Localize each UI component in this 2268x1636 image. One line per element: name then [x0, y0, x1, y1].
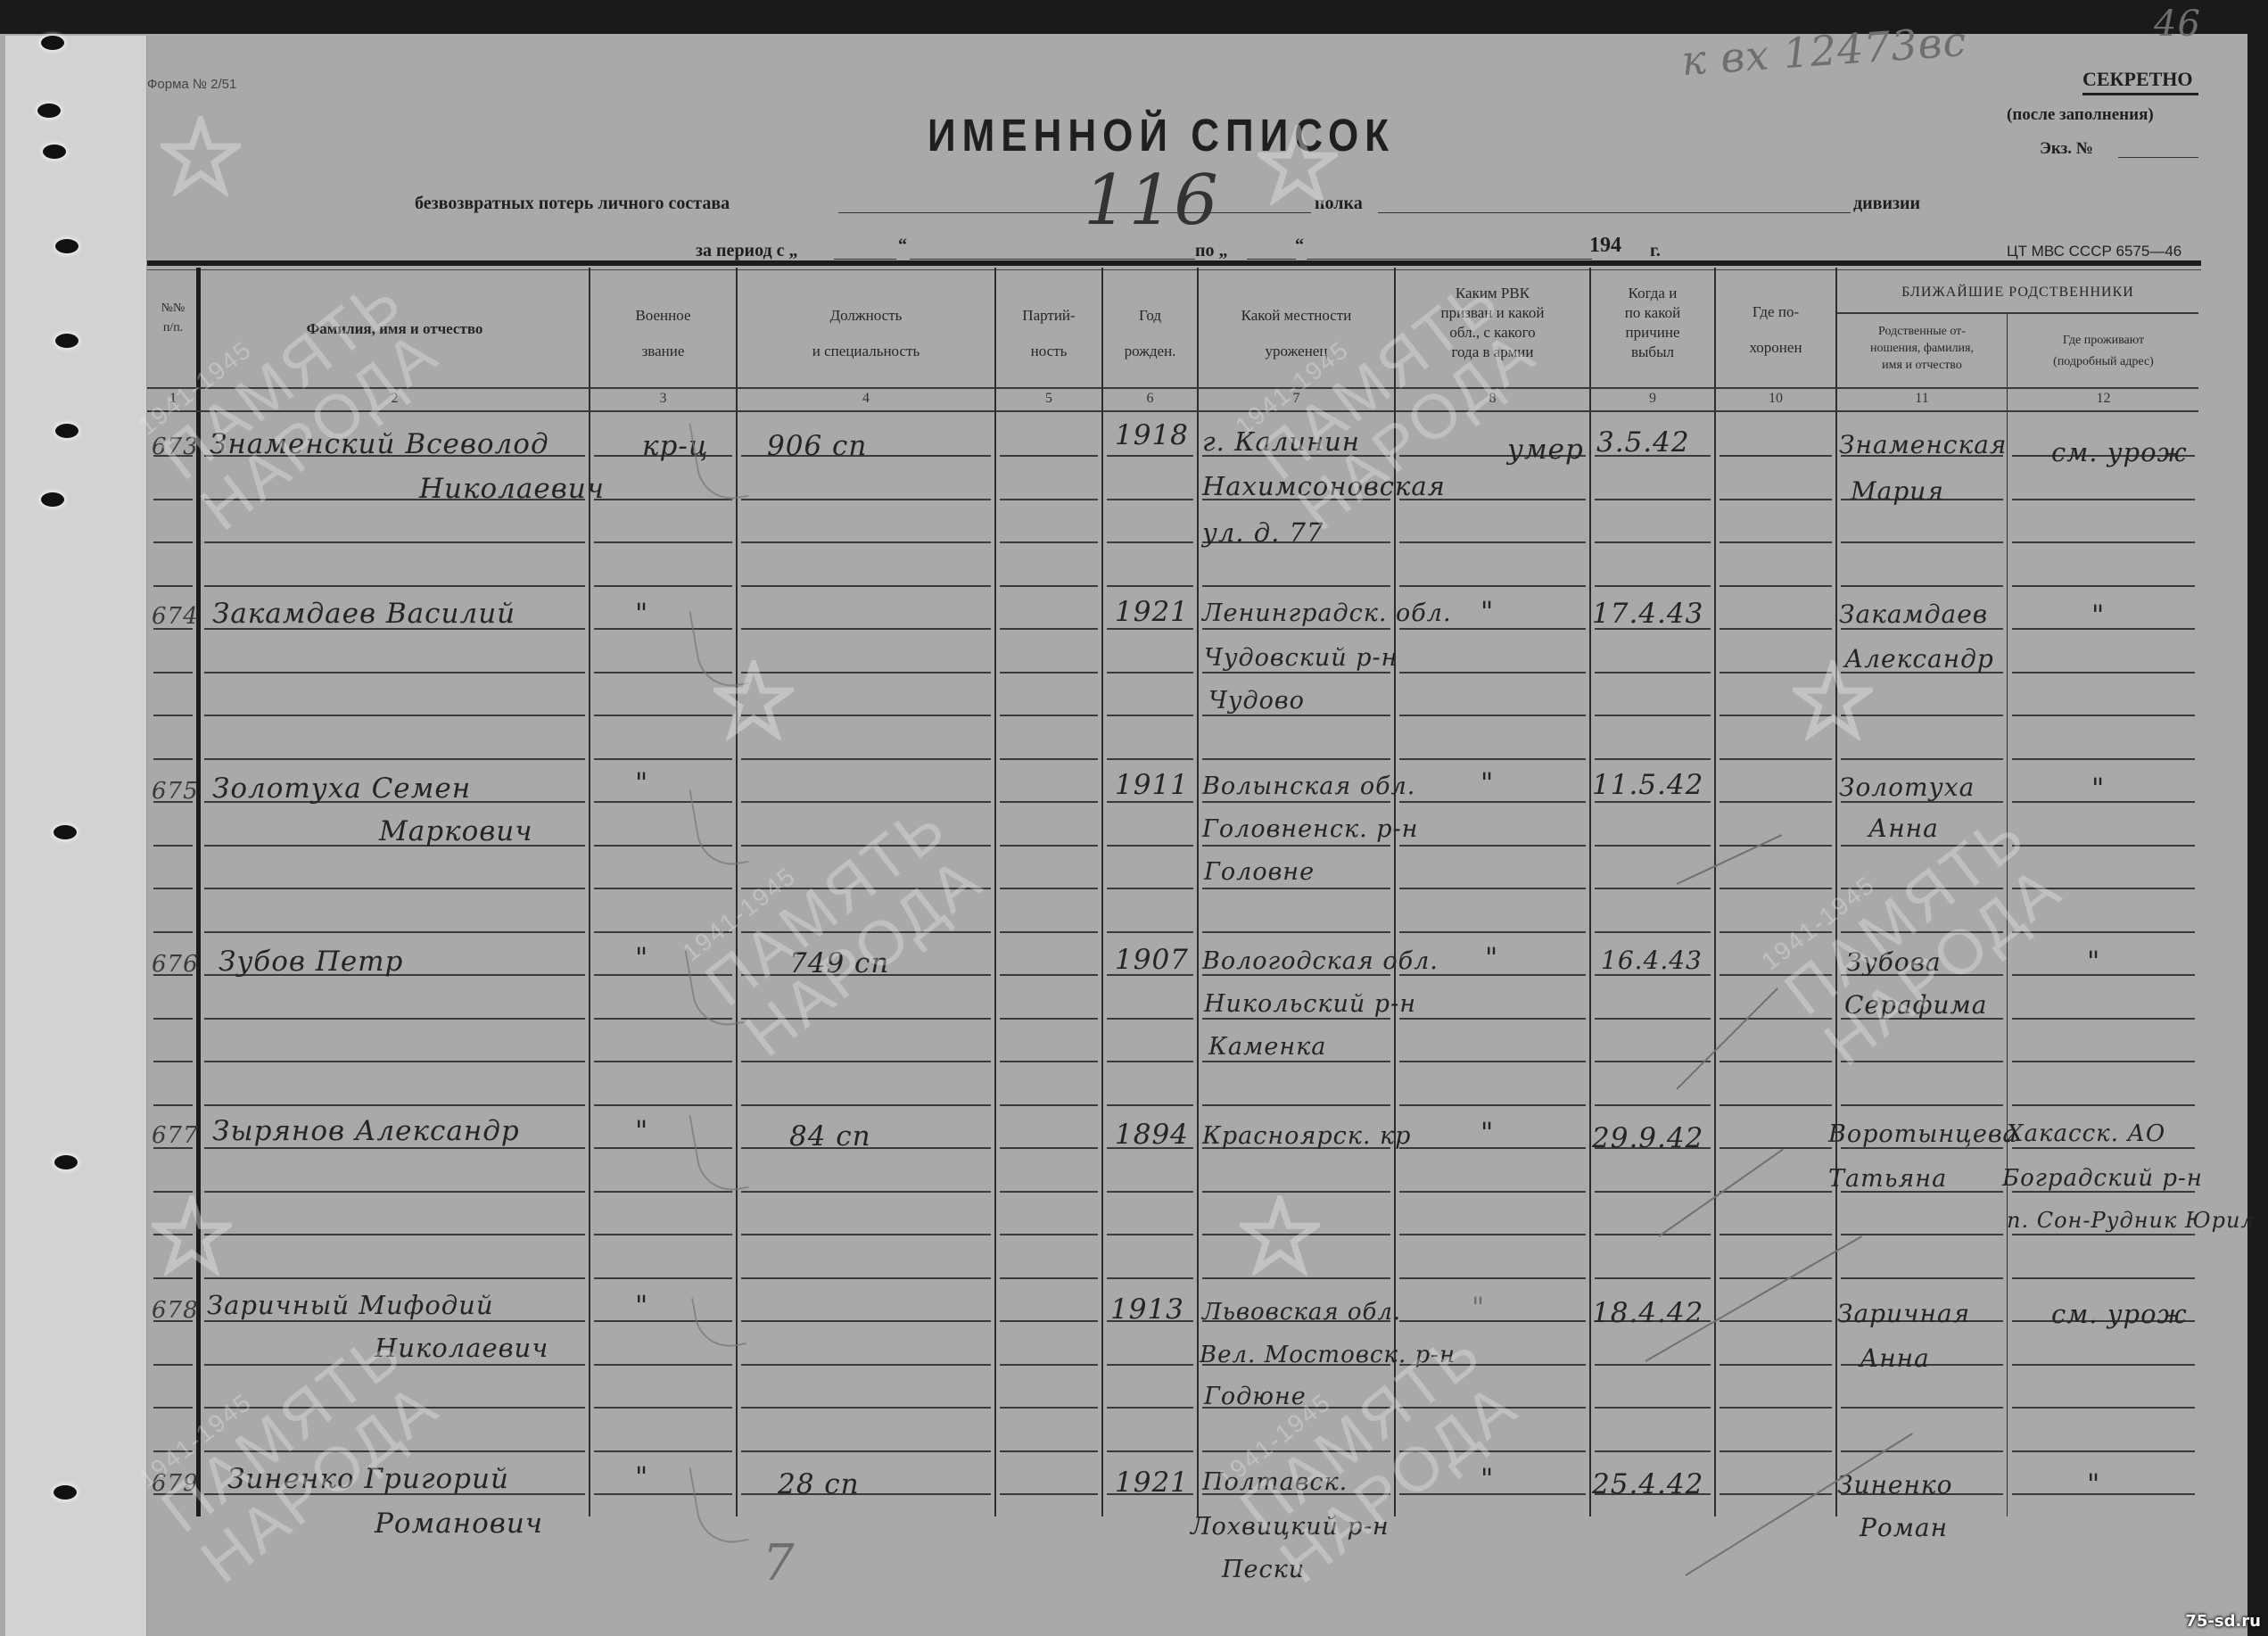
- rvk: ": [1480, 767, 1494, 799]
- rvk: ": [1472, 1292, 1485, 1324]
- ruled-line: [153, 672, 193, 673]
- birth-year: 1911: [1115, 769, 1189, 801]
- birthplace-3: Пески: [1222, 1556, 1305, 1583]
- birth-year: 1894: [1115, 1119, 1189, 1151]
- rank: ": [635, 598, 648, 630]
- ruled-line: [1595, 1191, 1711, 1193]
- ruled-line: [153, 499, 193, 500]
- ruled-line: [1107, 455, 1193, 457]
- ruled-line: [1595, 758, 1711, 760]
- ruled-line: [1720, 758, 1832, 760]
- ruled-line: [1202, 801, 1390, 803]
- ruled-line: [594, 1450, 732, 1452]
- ruled-line: [2012, 1493, 2195, 1495]
- ruled-line: [1202, 1234, 1390, 1235]
- ruled-line: [1841, 1450, 2003, 1452]
- ruled-line: [1720, 974, 1832, 976]
- ruled-line: [1000, 1234, 1098, 1235]
- regiment-underline: [838, 212, 1311, 213]
- header-col-11: Родственные от-ношения, фамилия,имя и от…: [1837, 323, 2007, 374]
- relative-1: Знаменская: [1839, 430, 2007, 459]
- page-title: ИМЕННОЙ СПИСОК: [928, 111, 1395, 162]
- rank: ": [635, 942, 648, 974]
- name-line-1: Зубов Петр: [219, 946, 403, 978]
- ruled-line: [1720, 845, 1832, 847]
- ruled-line: [153, 1018, 193, 1020]
- ruled-line: [1202, 1277, 1390, 1279]
- colnum-5: 5: [996, 391, 1101, 407]
- relative-2: Александр: [1844, 644, 1994, 673]
- relative-1: Заричная: [1837, 1299, 1970, 1328]
- ruled-line: [594, 499, 732, 500]
- name-line-2: Николаевич: [419, 473, 605, 505]
- ruled-line: [1595, 1364, 1711, 1366]
- address-3: п. Сон-Рудник Юрил: [2007, 1208, 2256, 1233]
- relatives-subheader-line: [1837, 312, 2198, 314]
- row-number: 677: [152, 1122, 199, 1149]
- ruled-line: [1720, 1234, 1832, 1235]
- ruled-line: [153, 1061, 193, 1062]
- ruled-line: [1107, 1061, 1193, 1062]
- ruled-line: [741, 541, 991, 543]
- ruled-line: [1107, 628, 1193, 630]
- ruled-line: [204, 1061, 585, 1062]
- ruled-line: [741, 715, 991, 716]
- ruled-line: [153, 1450, 193, 1452]
- ruled-line: [2012, 1364, 2195, 1366]
- left-when: 25.4.42: [1592, 1468, 1703, 1500]
- ruled-line: [1841, 931, 2003, 933]
- copy-number-underline: [2118, 157, 2198, 158]
- period-to-label: по „: [1195, 241, 1228, 261]
- ruled-line: [1841, 888, 2003, 889]
- left-when: 3.5.42: [1596, 426, 1690, 459]
- ruled-line: [1720, 1191, 1832, 1193]
- year-suffix: г.: [1650, 241, 1661, 261]
- ruled-line: [741, 1104, 991, 1106]
- header-col-10: Где по-хоронен: [1716, 294, 1835, 366]
- ruled-line: [1720, 1407, 1832, 1409]
- header-col-7: Какой местностиуроженец: [1199, 298, 1394, 369]
- ruled-line: [1595, 585, 1711, 587]
- header-col-4: Должностьи специальность: [738, 298, 994, 369]
- ruled-line: [1720, 1061, 1832, 1062]
- ruled-line: [153, 541, 193, 543]
- ruled-line: [1107, 715, 1193, 716]
- ruled-line: [1202, 1061, 1390, 1062]
- rvk: ": [1480, 1463, 1494, 1495]
- ruled-line: [594, 1277, 732, 1279]
- header-col-1: №№п/п.: [150, 299, 196, 338]
- ruled-line: [741, 1450, 991, 1452]
- year-label: 194: [1589, 234, 1621, 258]
- address-1: см. урож: [2051, 1299, 2188, 1329]
- ruled-line: [1720, 801, 1832, 803]
- address-1: Хакасск. АО: [2007, 1120, 2165, 1147]
- ruled-line: [1720, 1450, 1832, 1452]
- left-when: 11.5.42: [1592, 769, 1703, 801]
- col-border: [1835, 268, 1837, 1516]
- ruled-line: [594, 758, 732, 760]
- col-border: [994, 268, 996, 1516]
- birthplace-3: ул. д. 77: [1202, 517, 1324, 548]
- row-number: 674: [152, 603, 199, 630]
- ruled-line: [1107, 1234, 1193, 1235]
- ruled-line: [1399, 672, 1586, 673]
- header-col-12: Где проживают(подробный адрес): [2008, 330, 2198, 373]
- ruled-line: [1399, 541, 1586, 543]
- punch-hole: [55, 334, 78, 348]
- ruled-line: [1841, 585, 2003, 587]
- ruled-line: [153, 1277, 193, 1279]
- ruled-line: [1107, 758, 1193, 760]
- birth-year: 1918: [1115, 419, 1189, 451]
- period-from-label: за период с „: [696, 241, 798, 261]
- ruled-line: [741, 499, 991, 500]
- relative-1: Закамдаев: [1839, 599, 1988, 629]
- ruled-line: [1107, 845, 1193, 847]
- colnum-9: 9: [1591, 391, 1714, 407]
- name-line-2: Николаевич: [375, 1333, 548, 1363]
- ruled-line: [1000, 1104, 1098, 1106]
- address-1: ": [2087, 946, 2100, 978]
- ruled-line: [2012, 1234, 2195, 1235]
- relative-1: Золотуха: [1839, 773, 1975, 802]
- birthplace-1: Полтавск.: [1202, 1468, 1348, 1496]
- ruled-line: [741, 1018, 991, 1020]
- period-month-underline: [910, 259, 1195, 260]
- col-border: [1394, 268, 1396, 1516]
- ruled-line: [1000, 715, 1098, 716]
- ruled-line: [2012, 1104, 2195, 1106]
- ruled-line: [2012, 1018, 2195, 1020]
- ruled-line: [1399, 845, 1586, 847]
- ruled-line: [1720, 1104, 1832, 1106]
- colnum-12: 12: [2008, 391, 2198, 407]
- ruled-line: [741, 1191, 991, 1193]
- birthplace-2: Головненск. р-н: [1202, 815, 1418, 843]
- ruled-line: [204, 1191, 585, 1193]
- ruled-line: [741, 845, 991, 847]
- col-border: [2007, 312, 2008, 1516]
- ruled-line: [2012, 888, 2195, 889]
- name-line-1: Зиненко Григорий: [227, 1463, 509, 1495]
- header-col-5: Партий-ность: [996, 298, 1101, 369]
- ruled-line: [153, 585, 193, 587]
- address-1: ": [2091, 773, 2105, 805]
- ruled-line: [1595, 1407, 1711, 1409]
- ruled-line: [594, 585, 732, 587]
- ruled-line: [204, 1147, 585, 1149]
- relative-2: Анна: [1868, 814, 1939, 843]
- table-top-border: [147, 260, 2201, 266]
- regiment-number: 116: [1084, 161, 1219, 241]
- relative-2: Роман: [1860, 1513, 1948, 1542]
- ruled-line: [1399, 888, 1586, 889]
- birthplace-2: Лохвицкий р-н: [1191, 1513, 1390, 1541]
- ruled-line: [2012, 585, 2195, 587]
- ruled-line: [1107, 1104, 1193, 1106]
- birthplace-3: Каменка: [1208, 1033, 1326, 1061]
- name-line-1: Знаменский Всеволод: [210, 428, 549, 460]
- colnum-10: 10: [1716, 391, 1835, 407]
- ruled-line: [1399, 628, 1586, 630]
- position: 84 сп: [789, 1120, 871, 1153]
- punch-hole: [41, 492, 64, 507]
- page-number: 46: [2154, 4, 2201, 45]
- colnum-8: 8: [1396, 391, 1589, 407]
- ruled-line: [204, 715, 585, 716]
- ruled-line: [1000, 541, 1098, 543]
- birthplace-1: Вологодская обл.: [1202, 947, 1439, 975]
- ruled-line: [1000, 672, 1098, 673]
- period-to-day-underline: [1247, 259, 1296, 260]
- print-code: ЦТ МВС СССР 6575—46: [2007, 243, 2181, 260]
- ruled-line: [1107, 1364, 1193, 1366]
- ruled-line: [741, 801, 991, 803]
- ruled-line: [1000, 1147, 1098, 1149]
- position: 749 сп: [789, 947, 889, 979]
- secret-underline: [2082, 93, 2198, 95]
- ruled-line: [594, 888, 732, 889]
- ruled-line: [1000, 974, 1098, 976]
- ruled-line: [1720, 1277, 1832, 1279]
- ruled-line: [1000, 1018, 1098, 1020]
- ruled-line: [2012, 715, 2195, 716]
- birthplace-3: Годюне: [1204, 1383, 1307, 1410]
- header-relatives-group: БЛИЖАЙШИЕ РОДСТВЕННИКИ: [1837, 282, 2198, 303]
- ruled-line: [1595, 801, 1711, 803]
- ruled-line: [2012, 499, 2195, 500]
- ruled-line: [1720, 1364, 1832, 1366]
- ruled-line: [204, 1364, 585, 1366]
- ruled-line: [1000, 1277, 1098, 1279]
- punch-hole: [54, 825, 77, 839]
- ruled-line: [1000, 1493, 1098, 1495]
- col-border: [1197, 268, 1199, 1516]
- ruled-line: [2012, 974, 2195, 976]
- ruled-line: [204, 585, 585, 587]
- row-number: 678: [152, 1297, 199, 1324]
- col-border: [589, 268, 590, 1516]
- punch-hole: [41, 36, 64, 50]
- ruled-line: [1107, 585, 1193, 587]
- ruled-line: [1841, 845, 2003, 847]
- ruled-line: [1202, 845, 1390, 847]
- ruled-line: [1595, 672, 1711, 673]
- ruled-line: [1107, 1407, 1193, 1409]
- ruled-line: [1399, 801, 1586, 803]
- ruled-line: [2012, 1061, 2195, 1062]
- ruled-line: [1595, 1450, 1711, 1452]
- ruled-line: [204, 541, 585, 543]
- position: 28 сп: [778, 1468, 860, 1500]
- ruled-line: [1107, 499, 1193, 500]
- birthplace-1: Красноярск. кр: [1202, 1122, 1411, 1150]
- rvk: ": [1480, 596, 1494, 628]
- relative-2: Серафима: [1844, 990, 1987, 1020]
- ruled-line: [1107, 1277, 1193, 1279]
- name-line-1: Зырянов Александр: [212, 1115, 520, 1147]
- ruled-line: [1399, 931, 1586, 933]
- ruled-line: [1202, 1450, 1390, 1452]
- ruled-line: [1399, 758, 1586, 760]
- name-line-2: Романович: [375, 1508, 543, 1540]
- header-col-9: Когда ипо какойпричиневыбыл: [1591, 284, 1714, 362]
- site-mark: 75-sd.ru: [2185, 1612, 2261, 1631]
- ruled-line: [741, 585, 991, 587]
- ruled-line: [1720, 628, 1832, 630]
- address-1: ": [2091, 599, 2105, 632]
- birthplace-1: г. Калинин: [1202, 426, 1360, 457]
- row-number: 679: [152, 1470, 199, 1497]
- row-number: 676: [152, 951, 199, 978]
- ruled-line: [1202, 628, 1390, 630]
- ruled-line: [1595, 541, 1711, 543]
- ruled-line: [1202, 931, 1390, 933]
- ruled-line: [153, 1104, 193, 1106]
- period-day-underline: [834, 259, 896, 260]
- rank: ": [635, 767, 648, 799]
- ruled-line: [1000, 1364, 1098, 1366]
- ruled-line: [1595, 888, 1711, 889]
- birthplace-2: Никольский р-н: [1204, 990, 1416, 1018]
- rank: ": [635, 1115, 648, 1147]
- ruled-line: [1841, 715, 2003, 716]
- ruled-line: [153, 1234, 193, 1235]
- ruled-line: [204, 1407, 585, 1409]
- colnum-11: 11: [1837, 391, 2007, 407]
- ruled-line: [741, 1407, 991, 1409]
- ruled-line: [1720, 455, 1832, 457]
- ruled-line: [1841, 541, 2003, 543]
- ruled-line: [1841, 1104, 2003, 1106]
- colnum-bottom-line: [147, 410, 2198, 412]
- punch-hole: [55, 239, 78, 253]
- ruled-line: [741, 1061, 991, 1062]
- ruled-line: [1595, 931, 1711, 933]
- ruled-line: [1202, 888, 1390, 889]
- ruled-line: [1841, 1277, 2003, 1279]
- address-1: ": [2087, 1468, 2100, 1500]
- rank: ": [635, 1290, 648, 1322]
- ruled-line: [1841, 1407, 2003, 1409]
- ruled-line: [594, 931, 732, 933]
- subtitle-losses: безвозвратных потерь личного состава: [415, 194, 730, 214]
- ruled-line: [1000, 455, 1098, 457]
- ruled-line: [1841, 758, 2003, 760]
- name-line-1: Золотуха Семен: [212, 773, 471, 805]
- left-when: 17.4.43: [1592, 598, 1703, 630]
- ruled-line: [1399, 1277, 1586, 1279]
- division-underline: [1378, 212, 1851, 213]
- ruled-line: [1720, 931, 1832, 933]
- ruled-line: [594, 1364, 732, 1366]
- ruled-line: [1202, 715, 1390, 716]
- period-to-month-underline: [1307, 259, 1592, 260]
- ruled-line: [1000, 628, 1098, 630]
- ruled-line: [153, 1191, 193, 1193]
- ruled-line: [741, 931, 991, 933]
- colnum-1: 1: [150, 391, 196, 407]
- rvk: умер: [1507, 434, 1584, 466]
- birth-year: 1921: [1115, 1467, 1189, 1499]
- ruled-line: [1595, 1234, 1711, 1235]
- ruled-line: [1202, 1104, 1390, 1106]
- ruled-line: [1399, 1191, 1586, 1193]
- ruled-line: [1595, 499, 1711, 500]
- ruled-line: [1720, 715, 1832, 716]
- punch-hole: [37, 103, 61, 118]
- colnum-3: 3: [590, 391, 736, 407]
- col-border: [1101, 268, 1103, 1516]
- ruled-line: [1399, 1450, 1586, 1452]
- ruled-line: [1107, 1450, 1193, 1452]
- ruled-line: [2012, 1277, 2195, 1279]
- ruled-line: [1841, 1234, 2003, 1235]
- ruled-line: [2012, 1407, 2195, 1409]
- ruled-line: [1399, 1320, 1586, 1322]
- division-label: дивизии: [1853, 194, 1920, 214]
- ruled-line: [1720, 1018, 1832, 1020]
- header-col-3: Военноезвание: [590, 298, 736, 369]
- relative-2: Татьяна: [1828, 1165, 1947, 1193]
- col-border: [1589, 268, 1591, 1516]
- ruled-line: [153, 931, 193, 933]
- ruled-line: [1000, 931, 1098, 933]
- regiment-label: полка: [1315, 194, 1363, 214]
- ruled-line: [1107, 1191, 1193, 1193]
- ruled-line: [2012, 541, 2195, 543]
- name-line-2: Маркович: [379, 815, 533, 847]
- ruled-line: [1000, 499, 1098, 500]
- punch-hole: [54, 1485, 77, 1500]
- ruled-line: [1000, 801, 1098, 803]
- colnum-6: 6: [1103, 391, 1197, 407]
- position: 906 сп: [767, 430, 867, 462]
- ruled-line: [741, 888, 991, 889]
- ruled-line: [153, 715, 193, 716]
- ruled-line: [1107, 1018, 1193, 1020]
- ruled-line: [204, 1277, 585, 1279]
- ruled-line: [1720, 541, 1832, 543]
- ruled-line: [594, 1234, 732, 1235]
- birthplace-2: Чудовский р-н: [1204, 644, 1398, 672]
- birthplace-1: Ленинградск. обл.: [1202, 599, 1452, 627]
- ruled-line: [741, 758, 991, 760]
- ruled-line: [1841, 1061, 2003, 1062]
- birthplace-1: Волынская обл.: [1202, 773, 1415, 800]
- name-line-1: Заричный Мифодий: [207, 1290, 494, 1320]
- colnum-7: 7: [1199, 391, 1394, 407]
- ruled-line: [204, 931, 585, 933]
- relative-2: Мария: [1851, 476, 1944, 506]
- ruled-line: [741, 628, 991, 630]
- ruled-line: [1000, 1320, 1098, 1322]
- ruled-line: [1399, 1407, 1586, 1409]
- table-top-border-thin: [147, 269, 2201, 270]
- ruled-line: [1595, 715, 1711, 716]
- birthplace-2: Вел. Мостовск. р-н: [1200, 1342, 1456, 1368]
- copy-number-label: Экз. №: [2040, 139, 2093, 159]
- ruled-line: [153, 845, 193, 847]
- period-quote: “: [898, 235, 907, 256]
- address-1: см. урож: [2051, 437, 2188, 467]
- ruled-line: [2012, 845, 2195, 847]
- ruled-line: [1107, 888, 1193, 889]
- ruled-line: [2012, 1450, 2195, 1452]
- birth-year: 1913: [1110, 1293, 1184, 1326]
